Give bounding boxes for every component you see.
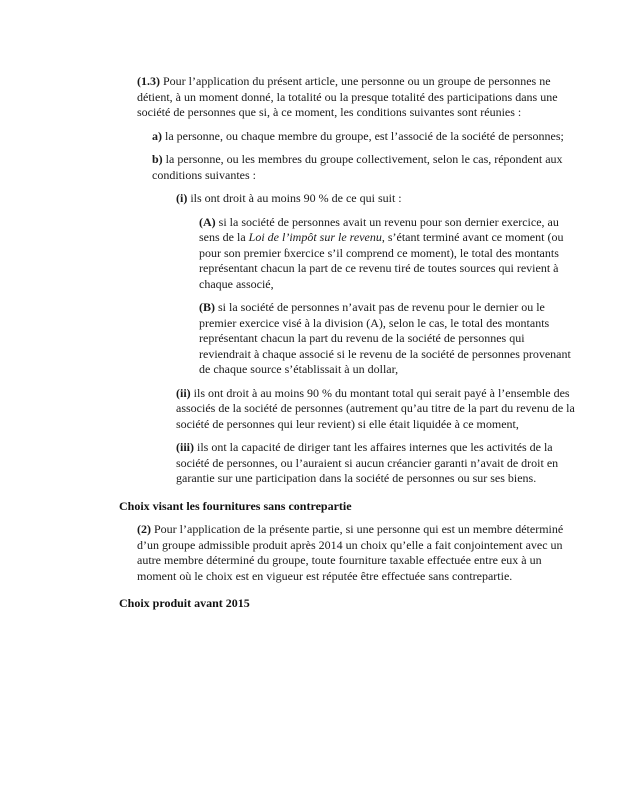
- clause-a: a) la personne, ou chaque membre du grou…: [152, 129, 578, 145]
- clause-b-text: la personne, ou les membres du groupe co…: [152, 152, 563, 182]
- subclause-ii: (ii) ils ont droit à au moins 90 % du mo…: [176, 386, 578, 433]
- margin-heading-fournitures-sans-contrepartie: Choix visant les fournitures sans contre…: [119, 499, 578, 515]
- subclause-ii-label: (ii): [176, 386, 191, 400]
- statute-document-page: (1.3) Pour l’application du présent arti…: [0, 0, 624, 612]
- division-A: (A) si la société de personnes avait un …: [199, 215, 578, 293]
- subclause-i-label: (i): [176, 191, 187, 205]
- subclause-i-text: ils ont droit à au moins 90 % de ce qui …: [190, 191, 401, 205]
- clause-a-text: la personne, ou chaque membre du groupe,…: [165, 129, 564, 143]
- clause-a-label: a): [152, 129, 162, 143]
- division-B-text: si la société de personnes n’avait pas d…: [199, 300, 571, 376]
- division-B-label: (B): [199, 300, 215, 314]
- division-B: (B) si la société de personnes n’avait p…: [199, 300, 578, 378]
- clause-1-3-label: (1.3): [137, 74, 160, 88]
- subclause-iii: (iii) ils ont la capacité de diriger tan…: [176, 440, 578, 487]
- subclause-iii-label: (iii): [176, 440, 194, 454]
- clause-b-label: b): [152, 152, 163, 166]
- statute-title-italic: Loi de l’impôt sur le revenu: [249, 230, 382, 244]
- subclause-ii-text: ils ont droit à au moins 90 % du montant…: [176, 386, 575, 431]
- clause-1-3-text: Pour l’application du présent article, u…: [137, 74, 558, 119]
- margin-heading-choix-produit-avant-2015: Choix produit avant 2015: [119, 596, 578, 612]
- clause-1-3: (1.3) Pour l’application du présent arti…: [137, 74, 578, 121]
- subclause-i: (i) ils ont droit à au moins 90 % de ce …: [176, 191, 578, 207]
- clause-2-text: Pour l’application de la présente partie…: [137, 522, 563, 583]
- clause-2: (2) Pour l’application de la présente pa…: [137, 522, 578, 584]
- clause-b: b) la personne, ou les membres du groupe…: [152, 152, 578, 183]
- clause-2-label: (2): [137, 522, 151, 536]
- division-A-label: (A): [199, 215, 216, 229]
- subclause-iii-text: ils ont la capacité de diriger tant les …: [176, 440, 558, 485]
